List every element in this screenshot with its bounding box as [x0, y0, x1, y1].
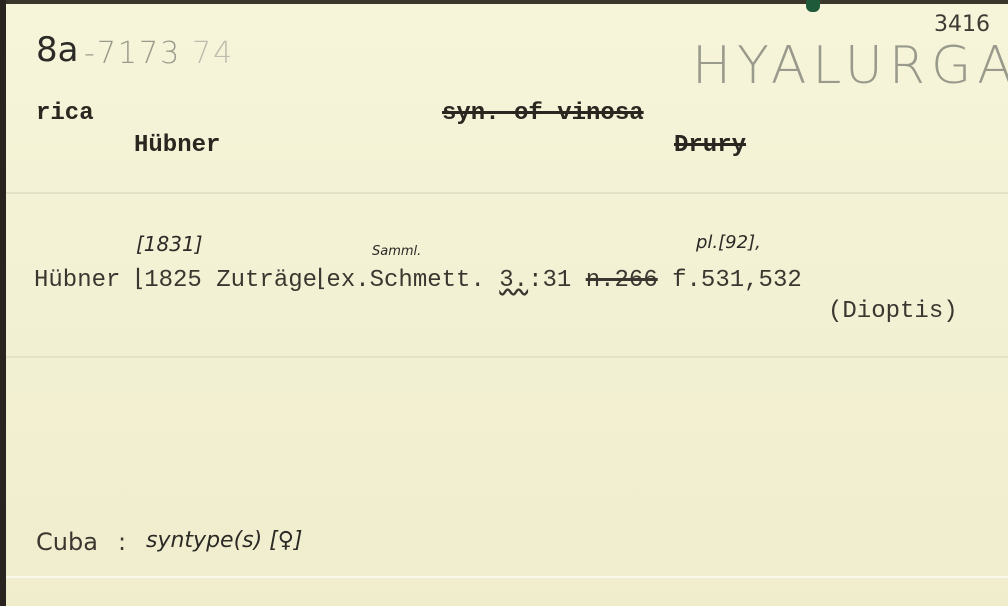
locality: Cuba — [36, 528, 98, 556]
ruled-line — [6, 192, 1008, 194]
citation-line: Hübner ⌊1825 Zuträge⌊ex.Schmett. 3.:31 n… — [34, 264, 802, 294]
catalog-number-faded: 74 — [192, 36, 234, 71]
citation-title-part2: ex.Schmett. — [326, 267, 484, 294]
page-number: 3416 — [934, 12, 990, 37]
citation-year: 1825 — [144, 267, 202, 294]
citation-author: Hübner — [34, 267, 120, 294]
green-tab-mark — [806, 0, 820, 12]
plate-annotation: pl.[92], — [696, 232, 761, 253]
catalog-number-pencil: -7173 — [84, 36, 181, 71]
title-annotation: Samml. — [372, 244, 421, 259]
ruled-line — [6, 576, 1008, 578]
citation-page: :31 — [528, 267, 571, 294]
ruled-line — [6, 356, 1008, 358]
citation-volume: 3. — [499, 267, 528, 294]
genus-name: HYALURGA — [692, 36, 1008, 96]
original-genus: (Dioptis) — [828, 298, 958, 325]
insert-mark: ⌊ — [135, 264, 144, 292]
species-name: rica — [36, 100, 94, 127]
struck-synonym: syn. of vinosa — [442, 100, 644, 127]
citation-figures: f.531,532 — [672, 267, 802, 294]
annotated-year: [1831] — [136, 232, 203, 256]
species-author: Hübner — [134, 132, 220, 159]
citation-title-part1: Zuträge — [216, 267, 317, 294]
citation-struck-number: n.266 — [586, 267, 658, 294]
catalog-number-ink: 8a — [36, 30, 78, 70]
index-card: 8a -7173 74 3416 HYALURGA rica Hübner sy… — [6, 4, 1008, 606]
struck-author: Drury — [674, 132, 746, 159]
colon-separator: : — [118, 528, 126, 556]
type-note: syntype(s) [♀] — [146, 528, 302, 553]
